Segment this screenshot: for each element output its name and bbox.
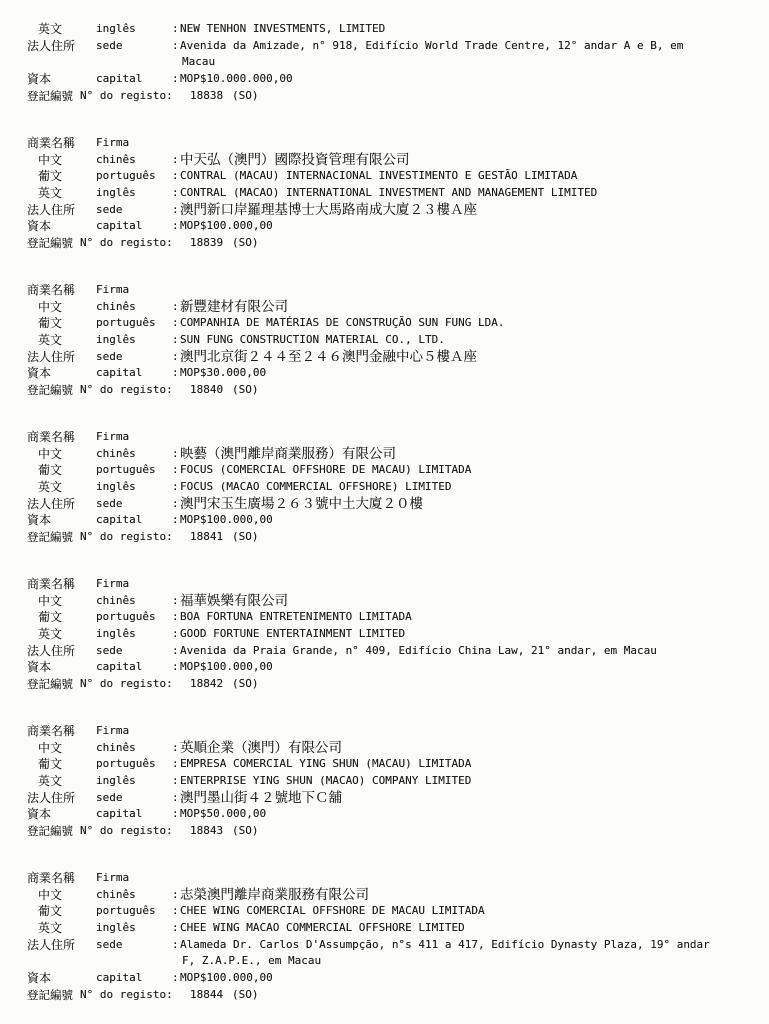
sede-continuation-row: Macau — [0, 54, 769, 71]
registry-entry: 商業名稱Firma中文chinês:志榮澳門離岸商業服務有限公司葡文portug… — [0, 870, 769, 1004]
firma-row-label-latin: Firma — [96, 576, 129, 593]
english-name-row-label-zh: 英文 — [38, 185, 62, 202]
sede-continuation-value: Macau — [182, 54, 215, 71]
registo-suffix: (SO) — [232, 235, 259, 252]
capital-row-value: MOP$100.000,00 — [180, 218, 273, 235]
capital-row-value: MOP$100.000,00 — [180, 659, 273, 676]
colon: : — [172, 609, 179, 626]
capital-row-value: MOP$30.000,00 — [180, 365, 266, 382]
firma-row: 商業名稱Firma — [0, 429, 769, 446]
chinese-name-row: 中文chinês:英順企業（澳門）有限公司 — [0, 740, 769, 757]
english-name-row-label-latin: inglês — [96, 332, 136, 349]
sede-row-value: 澳門宋玉生廣場２６３號中土大廈２０樓 — [180, 496, 423, 513]
registry-entry: 商業名稱Firma中文chinês:映藝（澳門離岸商業服務）有限公司葡文port… — [0, 429, 769, 546]
sede-row-label-zh: 法人住所 — [27, 790, 75, 807]
registry-entry: 商業名稱Firma中文chinês:福華娛樂有限公司葡文português:BO… — [0, 576, 769, 693]
firma-row: 商業名稱Firma — [0, 870, 769, 887]
portuguese-name-row-label-latin: português — [96, 462, 156, 479]
portuguese-name-row-value: COMPANHIA DE MATÉRIAS DE CONSTRUÇÃO SUN … — [180, 315, 505, 332]
colon: : — [172, 806, 179, 823]
english-name-row: 英文inglês:CONTRAL (MACAO) INTERNATIONAL I… — [0, 185, 769, 202]
firma-row-label-zh: 商業名稱 — [27, 723, 75, 740]
firma-row-label-latin: Firma — [96, 870, 129, 887]
colon: : — [172, 593, 179, 610]
portuguese-name-row-value: BOA FORTUNA ENTRETENIMENTO LIMITADA — [180, 609, 412, 626]
sede-row: 法人住所sede:澳門宋玉生廣場２６３號中土大廈２０樓 — [0, 496, 769, 513]
chinese-name-row-label-latin: chinês — [96, 593, 136, 610]
capital-row-label-latin: capital — [96, 218, 142, 235]
sede-row: 法人住所sede:澳門北京街２４４至２４６澳門金融中心５樓Ａ座 — [0, 349, 769, 366]
registo-label-latin: N° do registo: — [80, 823, 173, 840]
chinese-name-row-label-latin: chinês — [96, 887, 136, 904]
sede-row-label-latin: sede — [96, 790, 123, 807]
english-name-row-label-zh: 英文 — [38, 626, 62, 643]
colon: : — [172, 790, 179, 807]
chinese-name-row-label-latin: chinês — [96, 446, 136, 463]
english-name-row: 英文inglês:CHEE WING MACAO COMMERCIAL OFFS… — [0, 920, 769, 937]
firma-row-label-zh: 商業名稱 — [27, 870, 75, 887]
sede-row-label-zh: 法人住所 — [27, 202, 75, 219]
sede-row-label-latin: sede — [96, 202, 123, 219]
sede-continuation-row: F, Z.A.P.E., em Macau — [0, 953, 769, 970]
registry-entry: 商業名稱Firma中文chinês:新豐建材有限公司葡文português:CO… — [0, 282, 769, 399]
colon: : — [172, 152, 179, 169]
sede-row: 法人住所sede:Alameda Dr. Carlos D'Assumpção,… — [0, 937, 769, 954]
english-name-row-value: SUN FUNG CONSTRUCTION MATERIAL CO., LTD. — [180, 332, 445, 349]
gazette-page: 英文inglês:NEW TENHON INVESTMENTS, LIMITED… — [0, 0, 769, 1024]
portuguese-name-row: 葡文português:EMPRESA COMERCIAL YING SHUN … — [0, 756, 769, 773]
english-name-row: 英文inglês:SUN FUNG CONSTRUCTION MATERIAL … — [0, 332, 769, 349]
sede-row-label-zh: 法人住所 — [27, 38, 75, 55]
english-name-row-value: FOCUS (MACAO COMMERCIAL OFFSHORE) LIMITE… — [180, 479, 452, 496]
firma-row-label-zh: 商業名稱 — [27, 282, 75, 299]
firma-row-label-zh: 商業名稱 — [27, 135, 75, 152]
registo-suffix: (SO) — [232, 987, 259, 1004]
portuguese-name-row-label-zh: 葡文 — [38, 315, 62, 332]
registry-entry: 英文inglês:NEW TENHON INVESTMENTS, LIMITED… — [0, 21, 769, 104]
english-name-row: 英文inglês:NEW TENHON INVESTMENTS, LIMITED — [0, 21, 769, 38]
english-name-row: 英文inglês:GOOD FORTUNE ENTERTAINMENT LIMI… — [0, 626, 769, 643]
registo-number: 18839 — [190, 235, 223, 252]
chinese-name-row: 中文chinês:福華娛樂有限公司 — [0, 593, 769, 610]
capital-row: 資本capital:MOP$100.000,00 — [0, 512, 769, 529]
firma-row-label-zh: 商業名稱 — [27, 576, 75, 593]
portuguese-name-row: 葡文português:CHEE WING COMERCIAL OFFSHORE… — [0, 903, 769, 920]
chinese-name-row-label-latin: chinês — [96, 740, 136, 757]
sede-row-label-zh: 法人住所 — [27, 496, 75, 513]
portuguese-name-row: 葡文português:COMPANHIA DE MATÉRIAS DE CON… — [0, 315, 769, 332]
registo-row: 登記編號N° do registo:18840(SO) — [0, 382, 769, 399]
english-name-row-label-latin: inglês — [96, 479, 136, 496]
colon: : — [172, 659, 179, 676]
capital-row-label-zh: 資本 — [27, 806, 51, 823]
chinese-name-row: 中文chinês:志榮澳門離岸商業服務有限公司 — [0, 887, 769, 904]
portuguese-name-row-label-zh: 葡文 — [38, 903, 62, 920]
chinese-name-row: 中文chinês:映藝（澳門離岸商業服務）有限公司 — [0, 446, 769, 463]
portuguese-name-row-value: EMPRESA COMERCIAL YING SHUN (MACAU) LIMI… — [180, 756, 471, 773]
sede-row-label-latin: sede — [96, 38, 123, 55]
chinese-name-row-value: 福華娛樂有限公司 — [180, 593, 288, 610]
capital-row-value: MOP$50.000,00 — [180, 806, 266, 823]
registo-label-zh: 登記編號 — [27, 676, 73, 693]
colon: : — [172, 185, 179, 202]
portuguese-name-row-label-zh: 葡文 — [38, 609, 62, 626]
chinese-name-row-value: 志榮澳門離岸商業服務有限公司 — [180, 887, 369, 904]
sede-row-value: Alameda Dr. Carlos D'Assumpção, n°s 411 … — [180, 937, 710, 954]
registo-suffix: (SO) — [232, 382, 259, 399]
capital-row: 資本capital:MOP$100.000,00 — [0, 218, 769, 235]
colon: : — [172, 937, 179, 954]
registo-number: 18844 — [190, 987, 223, 1004]
english-name-row-value: ENTERPRISE YING SHUN (MACAO) COMPANY LIM… — [180, 773, 471, 790]
chinese-name-row-value: 中天弘（澳門）國際投資管理有限公司 — [180, 152, 410, 169]
registo-number: 18841 — [190, 529, 223, 546]
sede-row-value: Avenida da Amizade, n° 918, Edifício Wor… — [180, 38, 683, 55]
sede-row: 法人住所sede:澳門墨山街４２號地下Ｃ舖 — [0, 790, 769, 807]
chinese-name-row-label-latin: chinês — [96, 299, 136, 316]
portuguese-name-row-label-zh: 葡文 — [38, 756, 62, 773]
registo-label-zh: 登記編號 — [27, 88, 73, 105]
capital-row-label-latin: capital — [96, 71, 142, 88]
capital-row: 資本capital:MOP$10.000.000,00 — [0, 71, 769, 88]
sede-row-value: 澳門新口岸羅理基博士大馬路南成大廈２３樓Ａ座 — [180, 202, 477, 219]
chinese-name-row-label-zh: 中文 — [38, 299, 62, 316]
registry-entry: 商業名稱Firma中文chinês:英順企業（澳門）有限公司葡文portuguê… — [0, 723, 769, 840]
firma-row-label-latin: Firma — [96, 723, 129, 740]
sede-row-label-latin: sede — [96, 643, 123, 660]
registo-row: 登記編號N° do registo:18839(SO) — [0, 235, 769, 252]
colon: : — [172, 168, 179, 185]
capital-row-label-latin: capital — [96, 970, 142, 987]
chinese-name-row-label-zh: 中文 — [38, 887, 62, 904]
registo-label-zh: 登記編號 — [27, 823, 73, 840]
registo-suffix: (SO) — [232, 676, 259, 693]
firma-row-label-latin: Firma — [96, 282, 129, 299]
english-name-row-label-latin: inglês — [96, 21, 136, 38]
registo-suffix: (SO) — [232, 529, 259, 546]
registo-number: 18840 — [190, 382, 223, 399]
capital-row-label-zh: 資本 — [27, 71, 51, 88]
chinese-name-row-value: 映藝（澳門離岸商業服務）有限公司 — [180, 446, 396, 463]
portuguese-name-row-value: FOCUS (COMERCIAL OFFSHORE DE MACAU) LIMI… — [180, 462, 471, 479]
portuguese-name-row-label-zh: 葡文 — [38, 168, 62, 185]
colon: : — [172, 349, 179, 366]
capital-row-value: MOP$100.000,00 — [180, 970, 273, 987]
sede-row-label-latin: sede — [96, 937, 123, 954]
capital-row-value: MOP$100.000,00 — [180, 512, 273, 529]
chinese-name-row-label-zh: 中文 — [38, 593, 62, 610]
registo-row: 登記編號N° do registo:18841(SO) — [0, 529, 769, 546]
portuguese-name-row-label-latin: português — [96, 756, 156, 773]
english-name-row-label-zh: 英文 — [38, 920, 62, 937]
sede-row-label-zh: 法人住所 — [27, 349, 75, 366]
chinese-name-row-label-zh: 中文 — [38, 740, 62, 757]
english-name-row-value: CHEE WING MACAO COMMERCIAL OFFSHORE LIMI… — [180, 920, 465, 937]
capital-row-label-latin: capital — [96, 806, 142, 823]
registo-number: 18843 — [190, 823, 223, 840]
capital-row: 資本capital:MOP$100.000,00 — [0, 659, 769, 676]
portuguese-name-row-value: CHEE WING COMERCIAL OFFSHORE DE MACAU LI… — [180, 903, 485, 920]
portuguese-name-row-label-latin: português — [96, 903, 156, 920]
registo-row: 登記編號N° do registo:18843(SO) — [0, 823, 769, 840]
capital-row-label-latin: capital — [96, 512, 142, 529]
firma-row: 商業名稱Firma — [0, 282, 769, 299]
registo-suffix: (SO) — [232, 88, 259, 105]
english-name-row-label-zh: 英文 — [38, 479, 62, 496]
firma-row: 商業名稱Firma — [0, 576, 769, 593]
colon: : — [172, 626, 179, 643]
capital-row-label-latin: capital — [96, 365, 142, 382]
portuguese-name-row-value: CONTRAL (MACAU) INTERNACIONAL INVESTIMEN… — [180, 168, 577, 185]
english-name-row-label-latin: inglês — [96, 185, 136, 202]
registo-label-latin: N° do registo: — [80, 676, 173, 693]
capital-row-label-zh: 資本 — [27, 512, 51, 529]
capital-row: 資本capital:MOP$30.000,00 — [0, 365, 769, 382]
colon: : — [172, 496, 179, 513]
colon: : — [172, 315, 179, 332]
registo-label-latin: N° do registo: — [80, 529, 173, 546]
chinese-name-row-value: 新豐建材有限公司 — [180, 299, 288, 316]
registo-label-zh: 登記編號 — [27, 529, 73, 546]
capital-row-label-zh: 資本 — [27, 659, 51, 676]
english-name-row-label-latin: inglês — [96, 920, 136, 937]
colon: : — [172, 38, 179, 55]
registo-row: 登記編號N° do registo:18844(SO) — [0, 987, 769, 1004]
chinese-name-row: 中文chinês:新豐建材有限公司 — [0, 299, 769, 316]
colon: : — [172, 202, 179, 219]
capital-row: 資本capital:MOP$50.000,00 — [0, 806, 769, 823]
registry-entry: 商業名稱Firma中文chinês:中天弘（澳門）國際投資管理有限公司葡文por… — [0, 135, 769, 252]
sede-row-label-latin: sede — [96, 496, 123, 513]
colon: : — [172, 71, 179, 88]
english-name-row-label-zh: 英文 — [38, 773, 62, 790]
portuguese-name-row-label-latin: português — [96, 315, 156, 332]
english-name-row-value: GOOD FORTUNE ENTERTAINMENT LIMITED — [180, 626, 405, 643]
colon: : — [172, 332, 179, 349]
colon: : — [172, 773, 179, 790]
capital-row: 資本capital:MOP$100.000,00 — [0, 970, 769, 987]
firma-row-label-latin: Firma — [96, 429, 129, 446]
sede-row-label-latin: sede — [96, 349, 123, 366]
registo-suffix: (SO) — [232, 823, 259, 840]
registo-label-latin: N° do registo: — [80, 235, 173, 252]
colon: : — [172, 218, 179, 235]
sede-row-value: 澳門墨山街４２號地下Ｃ舖 — [180, 790, 342, 807]
portuguese-name-row-label-latin: português — [96, 609, 156, 626]
portuguese-name-row: 葡文português:CONTRAL (MACAU) INTERNACIONA… — [0, 168, 769, 185]
colon: : — [172, 21, 179, 38]
chinese-name-row-label-latin: chinês — [96, 152, 136, 169]
chinese-name-row-label-zh: 中文 — [38, 152, 62, 169]
english-name-row-label-latin: inglês — [96, 773, 136, 790]
sede-row-value: 澳門北京街２４４至２４６澳門金融中心５樓Ａ座 — [180, 349, 477, 366]
portuguese-name-row-label-latin: português — [96, 168, 156, 185]
sede-continuation-value: F, Z.A.P.E., em Macau — [182, 953, 321, 970]
sede-row-label-zh: 法人住所 — [27, 643, 75, 660]
registo-row: 登記編號N° do registo:18838(SO) — [0, 88, 769, 105]
chinese-name-row-label-zh: 中文 — [38, 446, 62, 463]
english-name-row-label-zh: 英文 — [38, 21, 62, 38]
registo-label-latin: N° do registo: — [80, 987, 173, 1004]
portuguese-name-row: 葡文português:BOA FORTUNA ENTRETENIMENTO L… — [0, 609, 769, 626]
capital-row-label-zh: 資本 — [27, 218, 51, 235]
registo-label-latin: N° do registo: — [80, 382, 173, 399]
colon: : — [172, 887, 179, 904]
registo-label-zh: 登記編號 — [27, 987, 73, 1004]
colon: : — [172, 479, 179, 496]
colon: : — [172, 903, 179, 920]
sede-row: 法人住所sede:澳門新口岸羅理基博士大馬路南成大廈２３樓Ａ座 — [0, 202, 769, 219]
colon: : — [172, 643, 179, 660]
sede-row: 法人住所sede:Avenida da Praia Grande, n° 409… — [0, 643, 769, 660]
colon: : — [172, 920, 179, 937]
english-name-row-value: NEW TENHON INVESTMENTS, LIMITED — [180, 21, 385, 38]
colon: : — [172, 446, 179, 463]
capital-row-label-latin: capital — [96, 659, 142, 676]
english-name-row-label-latin: inglês — [96, 626, 136, 643]
colon: : — [172, 512, 179, 529]
registo-label-zh: 登記編號 — [27, 235, 73, 252]
colon: : — [172, 740, 179, 757]
portuguese-name-row: 葡文português:FOCUS (COMERCIAL OFFSHORE DE… — [0, 462, 769, 479]
registo-number: 18838 — [190, 88, 223, 105]
colon: : — [172, 365, 179, 382]
english-name-row: 英文inglês:ENTERPRISE YING SHUN (MACAO) CO… — [0, 773, 769, 790]
firma-row-label-zh: 商業名稱 — [27, 429, 75, 446]
firma-row: 商業名稱Firma — [0, 723, 769, 740]
capital-row-value: MOP$10.000.000,00 — [180, 71, 293, 88]
english-name-row: 英文inglês:FOCUS (MACAO COMMERCIAL OFFSHOR… — [0, 479, 769, 496]
chinese-name-row-value: 英順企業（澳門）有限公司 — [180, 740, 342, 757]
sede-row-label-zh: 法人住所 — [27, 937, 75, 954]
english-name-row-value: CONTRAL (MACAO) INTERNATIONAL INVESTMENT… — [180, 185, 597, 202]
colon: : — [172, 756, 179, 773]
colon: : — [172, 970, 179, 987]
sede-row: 法人住所sede:Avenida da Amizade, n° 918, Edi… — [0, 38, 769, 55]
firma-row-label-latin: Firma — [96, 135, 129, 152]
english-name-row-label-zh: 英文 — [38, 332, 62, 349]
registo-number: 18842 — [190, 676, 223, 693]
capital-row-label-zh: 資本 — [27, 365, 51, 382]
colon: : — [172, 299, 179, 316]
capital-row-label-zh: 資本 — [27, 970, 51, 987]
registo-label-latin: N° do registo: — [80, 88, 173, 105]
chinese-name-row: 中文chinês:中天弘（澳門）國際投資管理有限公司 — [0, 152, 769, 169]
firma-row: 商業名稱Firma — [0, 135, 769, 152]
registo-row: 登記編號N° do registo:18842(SO) — [0, 676, 769, 693]
registo-label-zh: 登記編號 — [27, 382, 73, 399]
colon: : — [172, 462, 179, 479]
portuguese-name-row-label-zh: 葡文 — [38, 462, 62, 479]
sede-row-value: Avenida da Praia Grande, n° 409, Edifíci… — [180, 643, 657, 660]
